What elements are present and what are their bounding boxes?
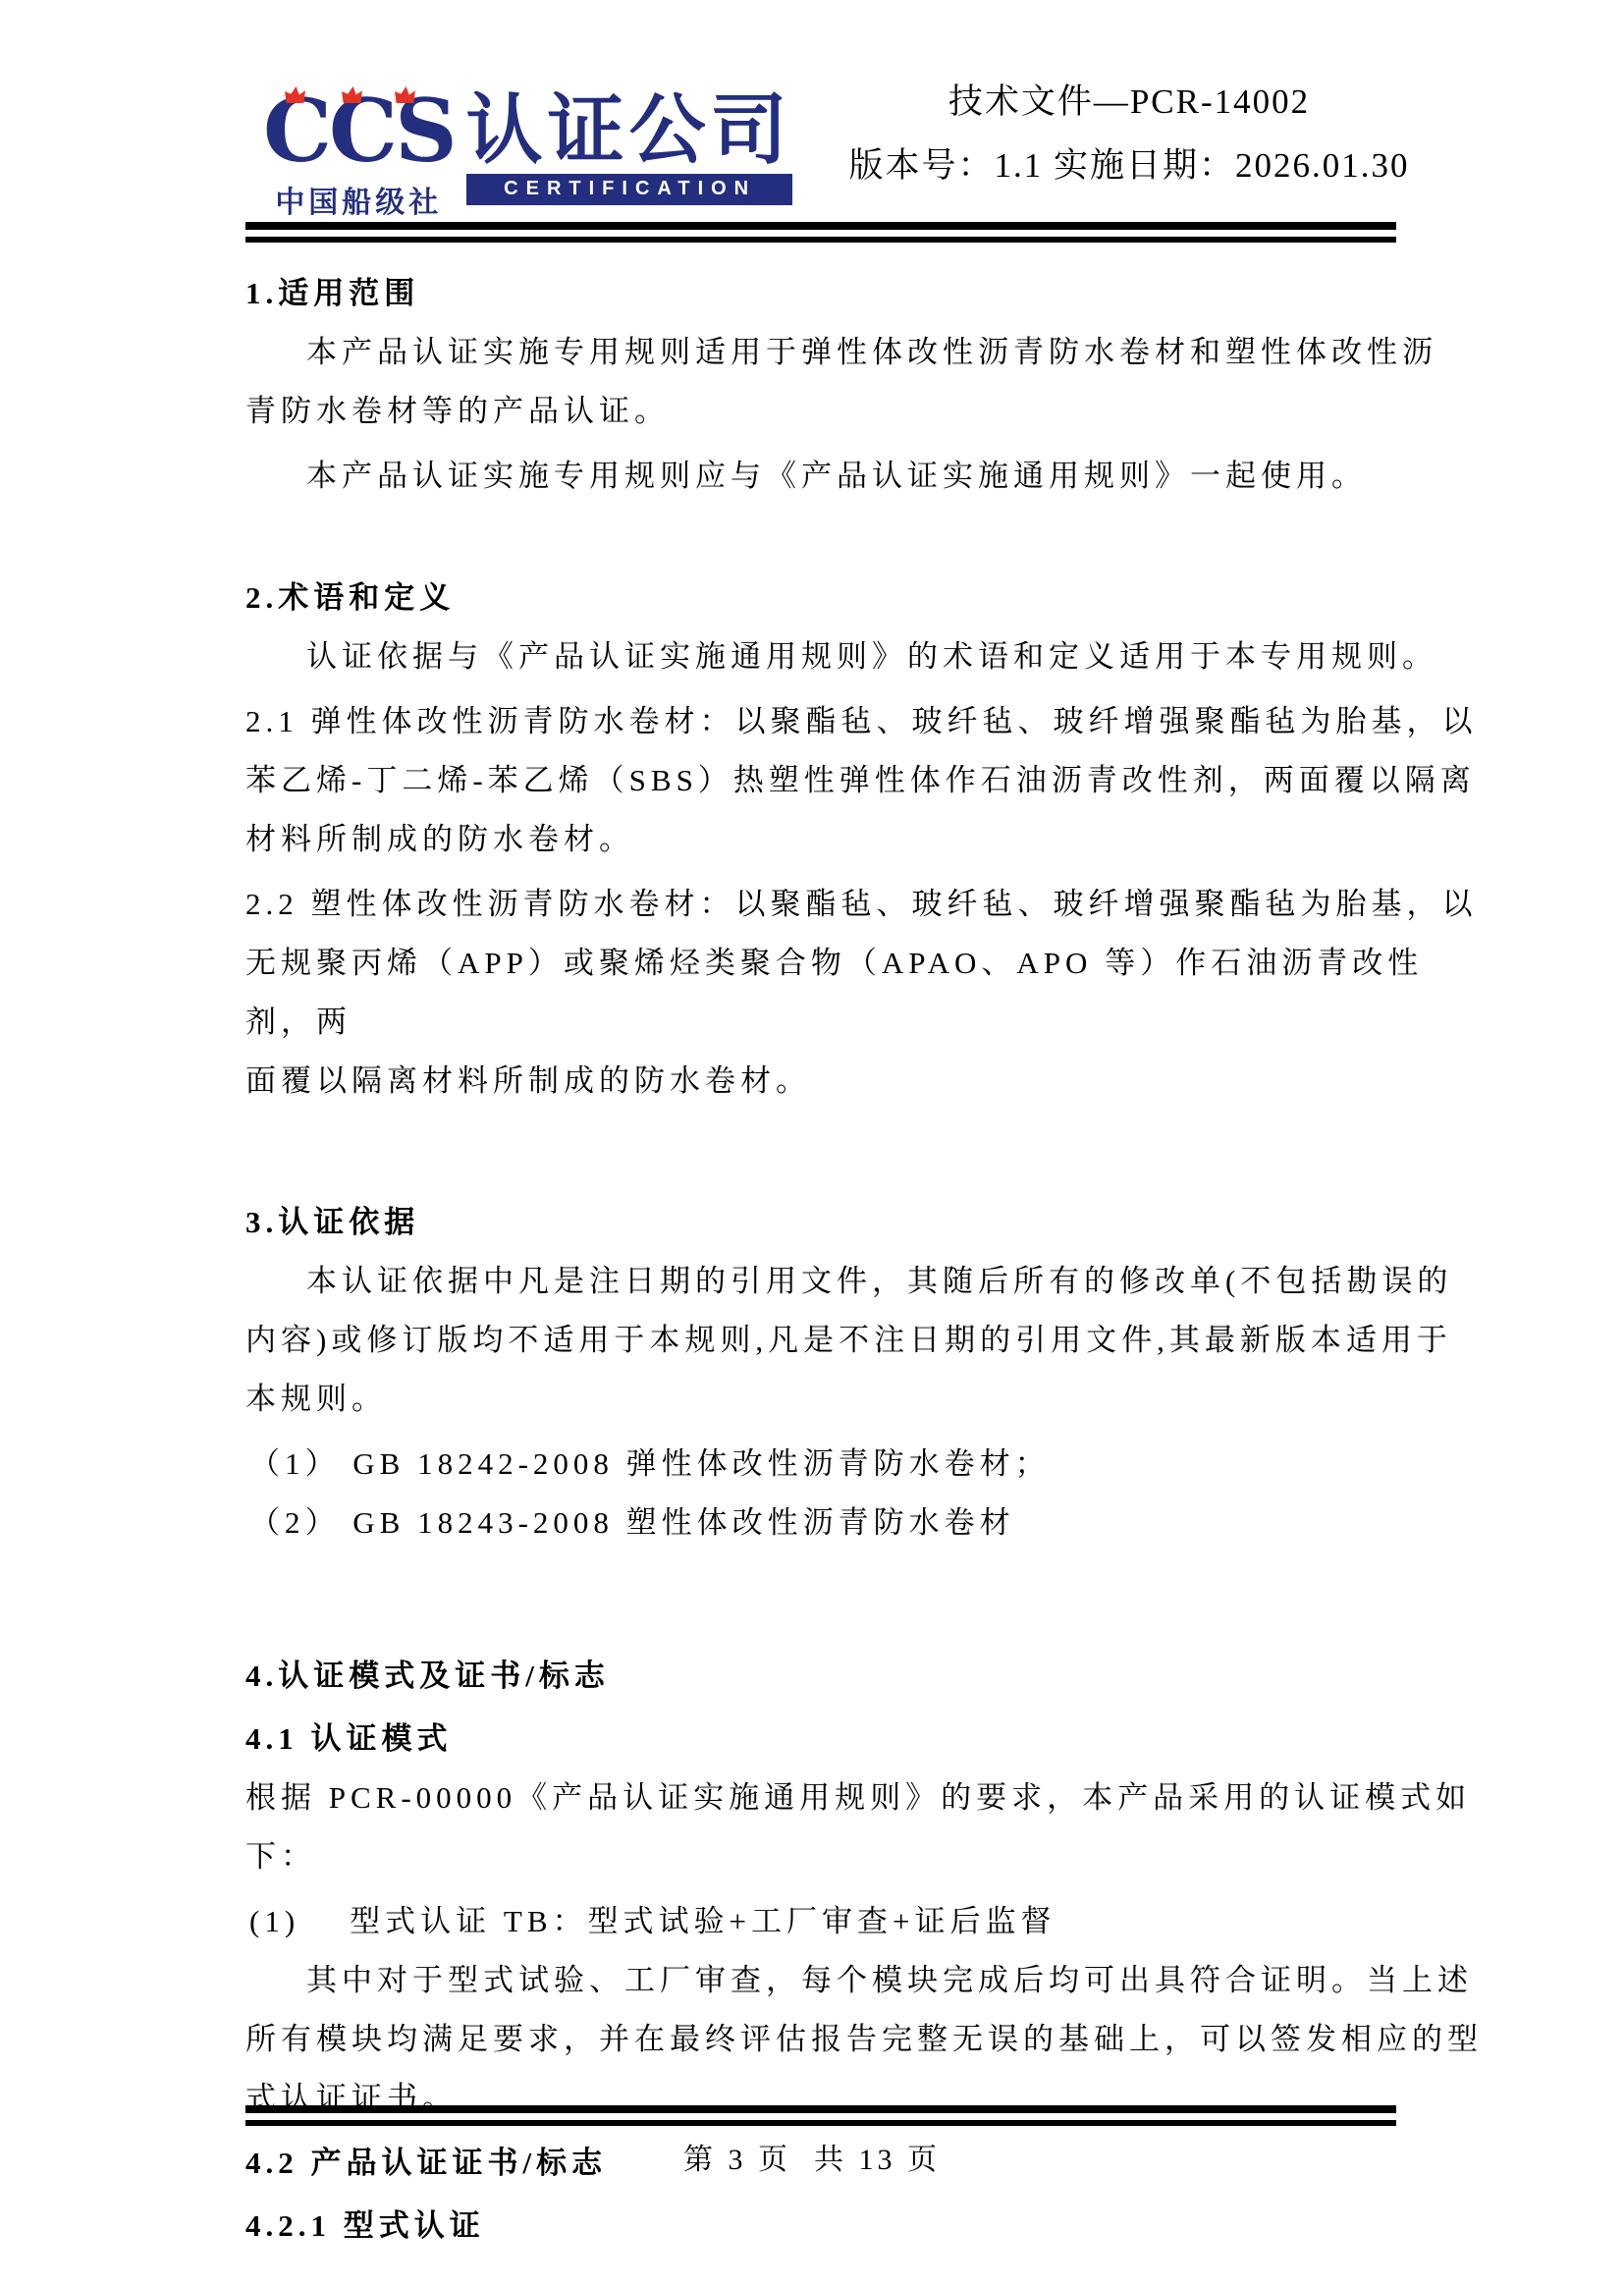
document-page: CCS 中国船级社 认证公司 CERTIFICATION 技术文件—PCR-14… <box>0 0 1624 2285</box>
page-number: 第 3 页 共 13 页 <box>0 2135 1624 2178</box>
ccs-letters: CCS <box>263 90 455 173</box>
section-4-2-1-heading: 4.2.1 型式认证 <box>245 2197 1490 2256</box>
paragraph: 认证依据与《产品认证实施通用规则》的术语和定义适用于本专用规则。 <box>245 627 1490 686</box>
section-1-heading: 1.适用范围 <box>245 264 1490 323</box>
mode-item-1: (1) 型式认证 TB：型式试验+工厂审查+证后监督 <box>245 1892 1490 1951</box>
logo-company-name: 认证公司 <box>466 90 792 171</box>
footer-rule-thick-line <box>245 2105 1396 2113</box>
paragraph: 其中对于型式试验、工厂审查，每个模块完成后均可出具符合证明。当上述 所有模块均满… <box>245 1951 1490 2128</box>
header-rule <box>245 222 1396 243</box>
ccs-logo: CCS 中国船级社 认证公司 CERTIFICATION <box>263 90 792 221</box>
reference-item-1: （1） GB 18242-2008 弹性体改性沥青防水卷材； <box>245 1435 1490 1494</box>
reference-item-2: （2） GB 18243-2008 塑性体改性沥青防水卷材 <box>245 1494 1490 1552</box>
paragraph: 根据 PCR-00000《产品认证实施通用规则》的要求，本产品采用的认证模式如下… <box>245 1768 1490 1886</box>
document-body: 1.适用范围 本产品认证实施专用规则适用于弹性体改性沥青防水卷材和塑性体改性沥 … <box>245 243 1490 2256</box>
paragraph: 本产品认证实施专用规则适用于弹性体改性沥青防水卷材和塑性体改性沥 青防水卷材等的… <box>245 323 1490 441</box>
section-2-heading: 2.术语和定义 <box>245 569 1490 627</box>
footer-rule <box>245 2105 1396 2126</box>
document-meta: 技术文件—PCR-14002 版本号：1.1 实施日期：2026.01.30 <box>842 84 1416 183</box>
footer-rule-gap <box>245 2113 1396 2120</box>
section-3-heading: 3.认证依据 <box>245 1193 1490 1252</box>
definition-2-2: 2.2 塑性体改性沥青防水卷材：以聚酯毡、玻纤毡、玻纤增强聚酯毡为胎基，以 无规… <box>245 875 1490 1111</box>
section-4-heading: 4.认证模式及证书/标志 <box>245 1647 1490 1706</box>
document-number: 技术文件—PCR-14002 <box>842 84 1416 119</box>
ccs-logo-right: 认证公司 CERTIFICATION <box>466 90 792 205</box>
ccs-logo-left: CCS 中国船级社 <box>263 90 455 221</box>
header-rule-thick-line <box>245 222 1396 230</box>
header-rule-gap <box>245 230 1396 237</box>
definition-2-1: 2.1 弹性体改性沥青防水卷材：以聚酯毡、玻纤毡、玻纤增强聚酯毡为胎基，以 苯乙… <box>245 692 1490 869</box>
logo-certification-banner: CERTIFICATION <box>466 174 792 205</box>
version-and-date: 版本号：1.1 实施日期：2026.01.30 <box>842 148 1416 183</box>
footer-rule-thin-line <box>245 2120 1396 2126</box>
logo-society-name: 中国船级社 <box>275 178 442 221</box>
paragraph: 本认证依据中凡是注日期的引用文件，其随后所有的修改单(不包括勘误的 内容)或修订… <box>245 1252 1490 1429</box>
section-4-1-heading: 4.1 认证模式 <box>245 1710 1490 1768</box>
paragraph: 本产品认证实施专用规则应与《产品认证实施通用规则》一起使用。 <box>245 447 1490 506</box>
